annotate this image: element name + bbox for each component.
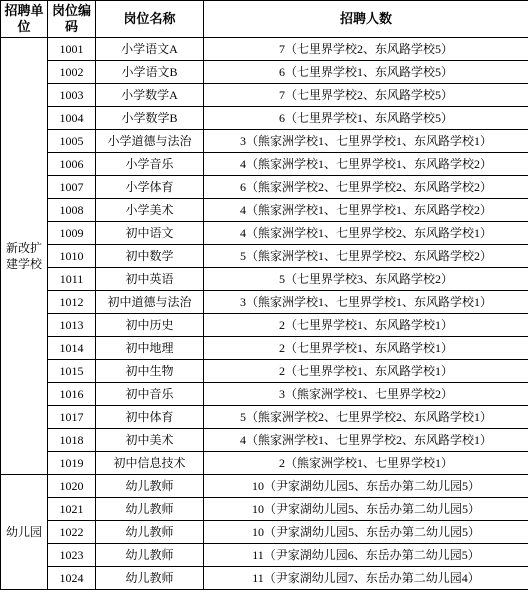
table-row: 1013初中历史2（七里界学校1、东风路学校1） [1, 314, 528, 337]
position-code-cell: 1003 [48, 84, 96, 107]
position-code-cell: 1002 [48, 61, 96, 84]
position-name-cell: 初中音乐 [96, 383, 204, 406]
headcount-cell: 2（七里界学校1、东风路学校1） [204, 360, 528, 383]
position-code-cell: 1023 [48, 544, 96, 567]
headcount-cell: 10（尹家湖幼儿园5、东岳办第二幼儿园5） [204, 521, 528, 544]
table-row: 1024幼儿教师11（尹家湖幼儿园7、东岳办第二幼儿园4） [1, 567, 528, 590]
position-name-cell: 初中美术 [96, 429, 204, 452]
recruiting-unit-cell: 幼儿园 [1, 475, 48, 590]
position-name-cell: 初中生物 [96, 360, 204, 383]
position-name-cell: 初中历史 [96, 314, 204, 337]
headcount-cell: 5（熊家洲学校1、七里界学校2、东风路学校2） [204, 245, 528, 268]
table-row: 1015初中生物2（七里界学校1、东风路学校1） [1, 360, 528, 383]
position-code-cell: 1017 [48, 406, 96, 429]
position-code-cell: 1004 [48, 107, 96, 130]
position-name-cell: 幼儿教师 [96, 567, 204, 590]
position-code-cell: 1022 [48, 521, 96, 544]
table-row: 1010初中数学5（熊家洲学校1、七里界学校2、东风路学校2） [1, 245, 528, 268]
headcount-cell: 7（七里界学校2、东风路学校5） [204, 38, 528, 61]
headcount-cell: 4（熊家洲学校1、七里界学校2、东风路学校1） [204, 222, 528, 245]
position-code-cell: 1014 [48, 337, 96, 360]
header-row: 招聘单位 岗位编码 岗位名称 招聘人数 [1, 1, 528, 38]
headcount-cell: 7（七里界学校2、东风路学校5） [204, 84, 528, 107]
table-body: 新改扩建学校1001小学语文A7（七里界学校2、东风路学校5）1002小学语文B… [1, 38, 528, 590]
position-name-cell: 小学数学B [96, 107, 204, 130]
position-name-cell: 初中地理 [96, 337, 204, 360]
table-row: 1006小学音乐4（熊家洲学校1、七里界学校1、东风路学校2） [1, 153, 528, 176]
col-header-position-code: 岗位编码 [48, 1, 96, 38]
table-row: 1007小学体育6（熊家洲学校2、七里界学校2、东风路学校2） [1, 176, 528, 199]
position-name-cell: 幼儿教师 [96, 544, 204, 567]
position-code-cell: 1011 [48, 268, 96, 291]
table-row: 1002小学语文B6（七里界学校1、东风路学校5） [1, 61, 528, 84]
position-code-cell: 1019 [48, 452, 96, 475]
headcount-cell: 5（熊家洲学校2、七里界学校2、东风路学校1） [204, 406, 528, 429]
position-code-cell: 1024 [48, 567, 96, 590]
table-row: 新改扩建学校1001小学语文A7（七里界学校2、东风路学校5） [1, 38, 528, 61]
position-name-cell: 幼儿教师 [96, 498, 204, 521]
headcount-cell: 5（七里界学校3、东风路学校2） [204, 268, 528, 291]
headcount-cell: 2（熊家洲学校1、七里界学校1） [204, 452, 528, 475]
position-code-cell: 1018 [48, 429, 96, 452]
position-code-cell: 1001 [48, 38, 96, 61]
table-row: 1018初中美术4（熊家洲学校1、七里界学校2、东风路学校1） [1, 429, 528, 452]
table-row: 1019初中信息技术2（熊家洲学校1、七里界学校1） [1, 452, 528, 475]
table-row: 1012初中道德与法治3（熊家洲学校1、七里界学校1、东风路学校1） [1, 291, 528, 314]
headcount-cell: 3（熊家洲学校1、七里界学校1、东风路学校1） [204, 130, 528, 153]
table-row: 1003小学数学A7（七里界学校2、东风路学校5） [1, 84, 528, 107]
headcount-cell: 4（熊家洲学校1、七里界学校1、东风路学校2） [204, 199, 528, 222]
position-name-cell: 小学音乐 [96, 153, 204, 176]
col-header-headcount: 招聘人数 [204, 1, 528, 38]
position-name-cell: 初中道德与法治 [96, 291, 204, 314]
position-code-cell: 1012 [48, 291, 96, 314]
headcount-cell: 4（熊家洲学校1、七里界学校2、东风路学校1） [204, 429, 528, 452]
headcount-cell: 6（七里界学校1、东风路学校5） [204, 107, 528, 130]
position-name-cell: 初中英语 [96, 268, 204, 291]
position-code-cell: 1015 [48, 360, 96, 383]
col-header-position-name: 岗位名称 [96, 1, 204, 38]
position-name-cell: 初中数学 [96, 245, 204, 268]
position-code-cell: 1013 [48, 314, 96, 337]
position-code-cell: 1006 [48, 153, 96, 176]
table-row: 1005小学道德与法治3（熊家洲学校1、七里界学校1、东风路学校1） [1, 130, 528, 153]
table-row: 1008小学美术4（熊家洲学校1、七里界学校1、东风路学校2） [1, 199, 528, 222]
headcount-cell: 2（七里界学校1、东风路学校1） [204, 337, 528, 360]
position-code-cell: 1008 [48, 199, 96, 222]
headcount-cell: 6（熊家洲学校2、七里界学校2、东风路学校2） [204, 176, 528, 199]
position-name-cell: 小学语文A [96, 38, 204, 61]
headcount-cell: 11（尹家湖幼儿园6、东岳办第二幼儿园5） [204, 544, 528, 567]
headcount-cell: 6（七里界学校1、东风路学校5） [204, 61, 528, 84]
position-name-cell: 小学美术 [96, 199, 204, 222]
position-name-cell: 幼儿教师 [96, 521, 204, 544]
headcount-cell: 4（熊家洲学校1、七里界学校1、东风路学校2） [204, 153, 528, 176]
position-name-cell: 初中体育 [96, 406, 204, 429]
table-row: 1009初中语文4（熊家洲学校1、七里界学校2、东风路学校1） [1, 222, 528, 245]
position-code-cell: 1010 [48, 245, 96, 268]
table-row: 1023幼儿教师11（尹家湖幼儿园6、东岳办第二幼儿园5） [1, 544, 528, 567]
recruiting-unit-cell: 新改扩建学校 [1, 38, 48, 475]
table-row: 1011初中英语5（七里界学校3、东风路学校2） [1, 268, 528, 291]
headcount-cell: 3（熊家洲学校1、七里界学校1、东风路学校1） [204, 291, 528, 314]
position-code-cell: 1009 [48, 222, 96, 245]
table-row: 1022幼儿教师10（尹家湖幼儿园5、东岳办第二幼儿园5） [1, 521, 528, 544]
position-name-cell: 小学语文B [96, 61, 204, 84]
table-row: 幼儿园1020幼儿教师10（尹家湖幼儿园5、东岳办第二幼儿园5） [1, 475, 528, 498]
recruitment-table: 招聘单位 岗位编码 岗位名称 招聘人数 新改扩建学校1001小学语文A7（七里界… [0, 0, 528, 590]
table-row: 1004小学数学B6（七里界学校1、东风路学校5） [1, 107, 528, 130]
position-name-cell: 小学道德与法治 [96, 130, 204, 153]
position-code-cell: 1020 [48, 475, 96, 498]
headcount-cell: 10（尹家湖幼儿园5、东岳办第二幼儿园5） [204, 475, 528, 498]
table-row: 1021幼儿教师10（尹家湖幼儿园5、东岳办第二幼儿园5） [1, 498, 528, 521]
table-row: 1017初中体育5（熊家洲学校2、七里界学校2、东风路学校1） [1, 406, 528, 429]
table-row: 1016初中音乐3（熊家洲学校1、七里界学校2） [1, 383, 528, 406]
position-name-cell: 小学体育 [96, 176, 204, 199]
headcount-cell: 3（熊家洲学校1、七里界学校2） [204, 383, 528, 406]
position-name-cell: 初中信息技术 [96, 452, 204, 475]
position-code-cell: 1016 [48, 383, 96, 406]
position-code-cell: 1021 [48, 498, 96, 521]
position-code-cell: 1007 [48, 176, 96, 199]
position-name-cell: 初中语文 [96, 222, 204, 245]
headcount-cell: 2（七里界学校1、东风路学校1） [204, 314, 528, 337]
headcount-cell: 11（尹家湖幼儿园7、东岳办第二幼儿园4） [204, 567, 528, 590]
position-code-cell: 1005 [48, 130, 96, 153]
table-row: 1014初中地理2（七里界学校1、东风路学校1） [1, 337, 528, 360]
position-name-cell: 幼儿教师 [96, 475, 204, 498]
col-header-recruiting-unit: 招聘单位 [1, 1, 48, 38]
position-name-cell: 小学数学A [96, 84, 204, 107]
headcount-cell: 10（尹家湖幼儿园5、东岳办第二幼儿园5） [204, 498, 528, 521]
